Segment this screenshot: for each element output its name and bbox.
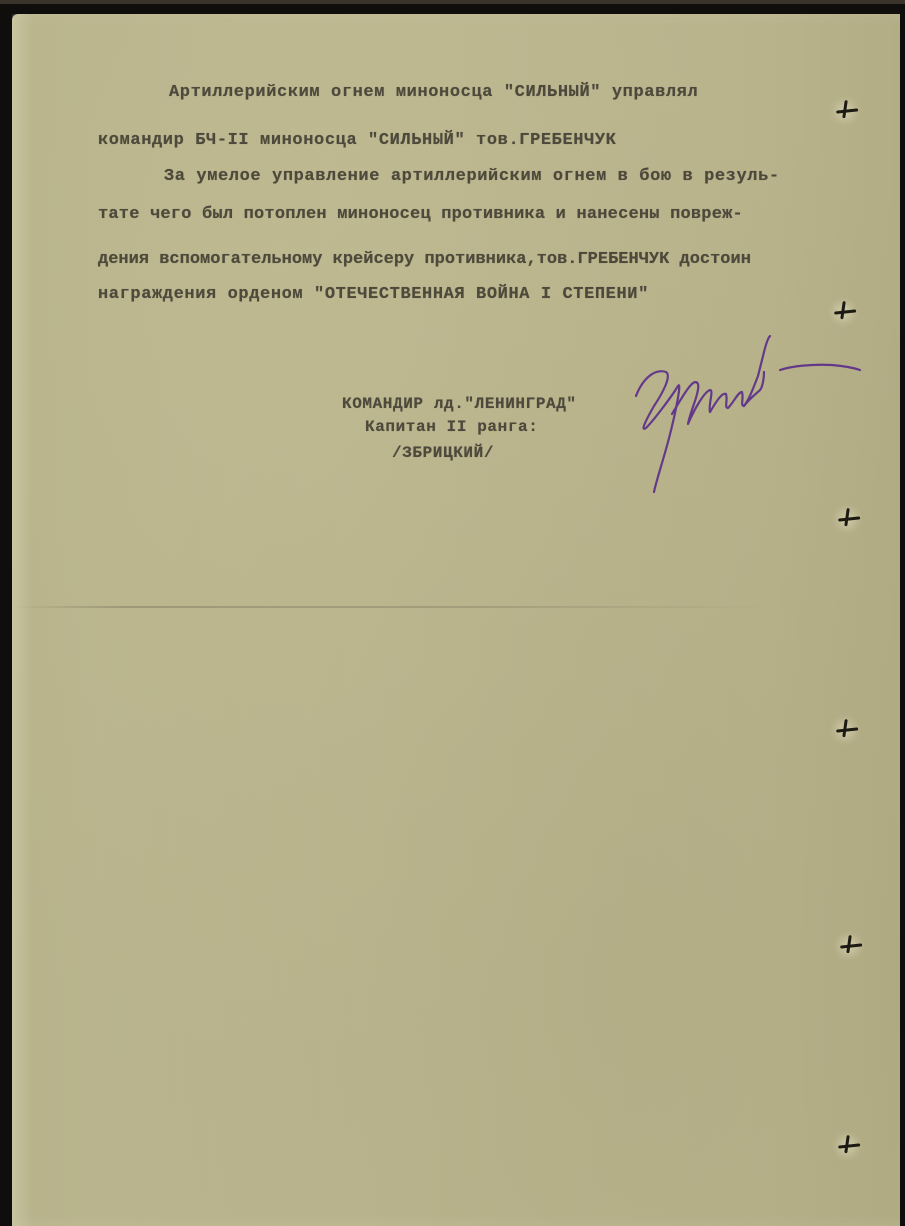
punch-hole-4	[830, 715, 860, 745]
scanned-document: Артиллерийским огнем миноносца "СИЛЬНЫЙ"…	[0, 0, 905, 1226]
punch-hole-1	[830, 96, 860, 126]
paragraph-1-line-2: командир БЧ-II миноносца "СИЛЬНЫЙ" тов.Г…	[98, 131, 616, 150]
fold-line	[12, 606, 772, 608]
signatory-title: КОМАНДИР лд."ЛЕНИНГРАД"	[342, 395, 577, 413]
punch-hole-5	[834, 931, 864, 961]
punch-hole-2	[828, 297, 858, 327]
signatory-rank: Капитан II ранга:	[365, 418, 538, 436]
paragraph-2-line-4: награждения орденом "ОТЕЧЕСТВЕННАЯ ВОЙНА…	[98, 285, 649, 304]
punch-hole-3	[832, 504, 862, 534]
signatory-name: /ЗБРИЦКИЙ/	[392, 444, 494, 462]
paragraph-1-line-1: Артиллерийским огнем миноносца "СИЛЬНЫЙ"…	[169, 83, 698, 102]
paper-left-crease	[12, 14, 34, 1226]
scanner-edge	[0, 0, 905, 4]
handwritten-signature	[632, 332, 862, 502]
paragraph-2-line-2: тате чего был потоплен миноносец противн…	[98, 205, 743, 224]
paragraph-2-line-3: дения вспомогательному крейсеру противни…	[98, 250, 751, 269]
paragraph-2-line-1: За умелое управление артиллерийским огне…	[164, 167, 780, 186]
paper-sheet: Артиллерийским огнем миноносца "СИЛЬНЫЙ"…	[12, 14, 900, 1226]
punch-hole-6	[832, 1131, 862, 1161]
